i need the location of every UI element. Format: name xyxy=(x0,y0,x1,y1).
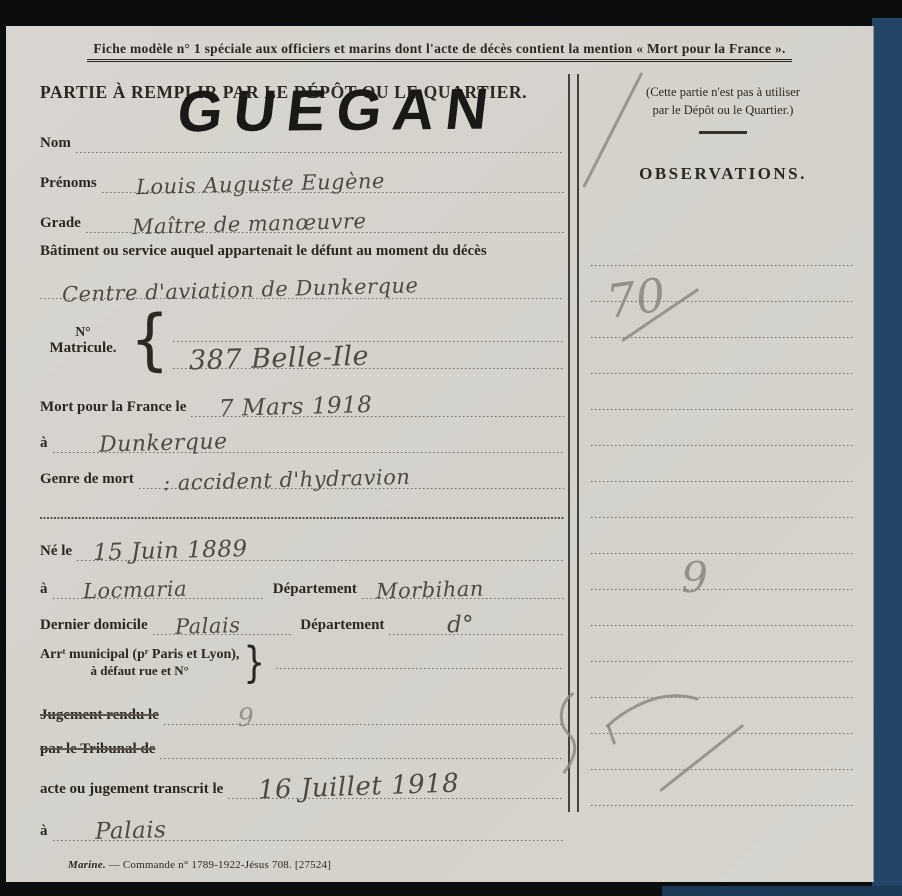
field-matricule-lines: 387 Belle-Ile xyxy=(173,301,564,379)
field-arrondissement-line xyxy=(276,667,564,669)
observations-line xyxy=(591,590,855,626)
section-separator xyxy=(40,489,564,519)
field-batiment-label: Bâtiment ou service auquel appartenait l… xyxy=(40,243,564,265)
observations-ruled-lines xyxy=(591,230,855,806)
field-departement1-label: Département xyxy=(273,581,357,599)
scan-background-navy-bottom xyxy=(662,886,902,896)
field-matricule-label-line2: Matricule. xyxy=(40,340,126,357)
card-body: PARTIE À REMPLIR PAR LE DÉPÔT OU LE QUAR… xyxy=(6,72,873,871)
record-card: Fiche modèle n° 1 spéciale aux officiers… xyxy=(6,26,874,882)
field-departement1-line: Morbihan xyxy=(362,585,564,599)
observations-line xyxy=(591,554,855,590)
depot-section: PARTIE À REMPLIR PAR LE DÉPÔT OU LE QUAR… xyxy=(6,72,568,871)
observations-line xyxy=(591,698,855,734)
observations-line xyxy=(591,338,855,374)
observations-line xyxy=(591,734,855,770)
observations-line xyxy=(591,770,855,806)
field-domicile: Dernier domicile Palais Département d° xyxy=(40,599,564,635)
observations-line xyxy=(591,626,855,662)
field-matricule-line2: 387 Belle-Ile xyxy=(173,342,564,369)
form-banner-text: Fiche modèle n° 1 spéciale aux officiers… xyxy=(87,41,791,62)
field-nom-label: Nom xyxy=(40,135,71,153)
printer-imprint-brand: Marine. xyxy=(68,859,106,871)
field-genre-mort-line: : accident d'hydravion xyxy=(139,475,564,489)
field-tribunal-line xyxy=(160,745,564,759)
field-mort-date: Mort pour la France le 7 Mars 1918 xyxy=(40,379,564,417)
observations-line xyxy=(591,410,855,446)
field-batiment-line: Centre d'aviation de Dunkerque xyxy=(40,285,564,299)
field-genre-mort: Genre de mort : accident d'hydravion xyxy=(40,453,564,489)
field-genre-mort-label: Genre de mort xyxy=(40,471,134,489)
field-tribunal-label: par le Tribunal de xyxy=(40,741,155,759)
field-departement2-value-handwritten: d° xyxy=(447,612,475,639)
field-prenoms: Prénoms Louis Auguste Eugène xyxy=(40,153,564,193)
observations-line xyxy=(591,482,855,518)
field-mort-date-line: 7 Mars 1918 xyxy=(191,403,564,417)
field-naissance-lieu-label: à xyxy=(40,581,48,599)
observations-line xyxy=(591,446,855,482)
observations-notice-line1: (Cette partie n'est pas à utiliser xyxy=(591,84,855,102)
scan-background-navy-band xyxy=(872,18,902,888)
field-nom-value-handwritten: GUEGAN xyxy=(174,76,503,146)
field-naissance-label: Né le xyxy=(40,543,72,561)
section-separator-line xyxy=(40,505,564,519)
field-domicile-label: Dernier domicile xyxy=(40,617,148,635)
field-tribunal: par le Tribunal de xyxy=(40,725,564,759)
field-grade: Grade Maître de manœuvre xyxy=(40,193,564,233)
field-departement2-line: d° xyxy=(389,621,564,635)
column-divider-rule xyxy=(568,74,579,812)
matricule-brace-glyph: { xyxy=(130,298,169,382)
printer-imprint: Marine. — Commande n° 1789-1922-Jésus 70… xyxy=(68,859,564,871)
observations-line xyxy=(591,266,855,302)
field-acte-line: 16 Juillet 1918 xyxy=(228,785,564,799)
field-naissance: Né le 15 Juin 1889 xyxy=(40,519,564,561)
field-acte-lieu: à Palais xyxy=(40,799,564,841)
field-matricule-label: N° Matricule. xyxy=(40,301,126,379)
field-arrondissement-label-line2: à défaut rue et N° xyxy=(40,663,239,679)
observations-line xyxy=(591,230,855,266)
field-mort-lieu-line: Dunkerque xyxy=(53,439,565,453)
observations-line xyxy=(591,518,855,554)
field-batiment: Centre d'aviation de Dunkerque xyxy=(40,265,564,299)
field-naissance-lieu: à Locmaria Département Morbihan xyxy=(40,561,564,599)
field-matricule-line1 xyxy=(173,315,564,342)
field-matricule-value-handwritten: 387 Belle-Ile xyxy=(189,341,370,377)
field-naissance-lieu-line: Locmaria xyxy=(53,585,265,599)
field-naissance-line: 15 Juin 1889 xyxy=(77,547,564,561)
form-banner: Fiche modèle n° 1 spéciale aux officiers… xyxy=(6,40,873,58)
field-matricule-label-line1: N° xyxy=(40,324,126,340)
scanned-document-page: { "banner": "Fiche modèle n° 1 spéciale … xyxy=(0,0,902,896)
field-departement2-label: Département xyxy=(300,617,384,635)
field-arrondissement: Arrᵗ municipal (pʳ Paris et Lyon), à déf… xyxy=(40,637,564,689)
field-jugement-label: Jugement rendu le xyxy=(40,707,159,725)
observations-notice-rule xyxy=(699,131,747,134)
observations-line xyxy=(591,302,855,338)
field-arrondissement-label-line1: Arrᵗ municipal (pʳ Paris et Lyon), xyxy=(40,647,239,663)
arrondissement-brace-glyph: } xyxy=(243,642,265,685)
field-prenoms-label: Prénoms xyxy=(40,175,97,193)
field-domicile-line: Palais xyxy=(153,621,293,635)
field-prenoms-line: Louis Auguste Eugène xyxy=(102,179,564,193)
observations-notice-line2: par le Dépôt ou le Quartier.) xyxy=(591,102,855,120)
field-matricule: N° Matricule. { 387 Belle-Ile xyxy=(40,301,564,379)
field-acte-lieu-value-handwritten: Palais xyxy=(94,817,166,845)
field-grade-label: Grade xyxy=(40,215,81,233)
field-mort-date-label: Mort pour la France le xyxy=(40,399,186,417)
field-mort-lieu-label: à xyxy=(40,435,48,453)
field-acte-label: acte ou jugement transcrit le xyxy=(40,781,223,799)
field-acte-lieu-label: à xyxy=(40,823,48,841)
observations-heading: OBSERVATIONS. xyxy=(591,164,855,184)
observations-section: (Cette partie n'est pas à utiliser par l… xyxy=(579,72,873,871)
field-grade-line: Maître de manœuvre xyxy=(86,219,564,233)
printer-imprint-text: — Commande n° 1789-1922-Jésus 708. [2752… xyxy=(109,859,331,871)
field-acte: acte ou jugement transcrit le 16 Juillet… xyxy=(40,759,564,799)
observations-line xyxy=(591,662,855,698)
field-acte-lieu-line: Palais xyxy=(53,827,565,841)
field-arrondissement-label: Arrᵗ municipal (pʳ Paris et Lyon), à déf… xyxy=(40,647,239,679)
field-nom: GUEGAN Nom xyxy=(40,107,564,153)
observations-line xyxy=(591,374,855,410)
observations-notice: (Cette partie n'est pas à utiliser par l… xyxy=(591,84,855,119)
field-jugement: Jugement rendu le xyxy=(40,689,564,725)
field-domicile-value-handwritten: Palais xyxy=(174,613,240,639)
field-jugement-line xyxy=(164,711,564,725)
field-mort-lieu: à Dunkerque xyxy=(40,417,564,453)
field-grade-value-handwritten: Maître de manœuvre xyxy=(132,209,367,239)
